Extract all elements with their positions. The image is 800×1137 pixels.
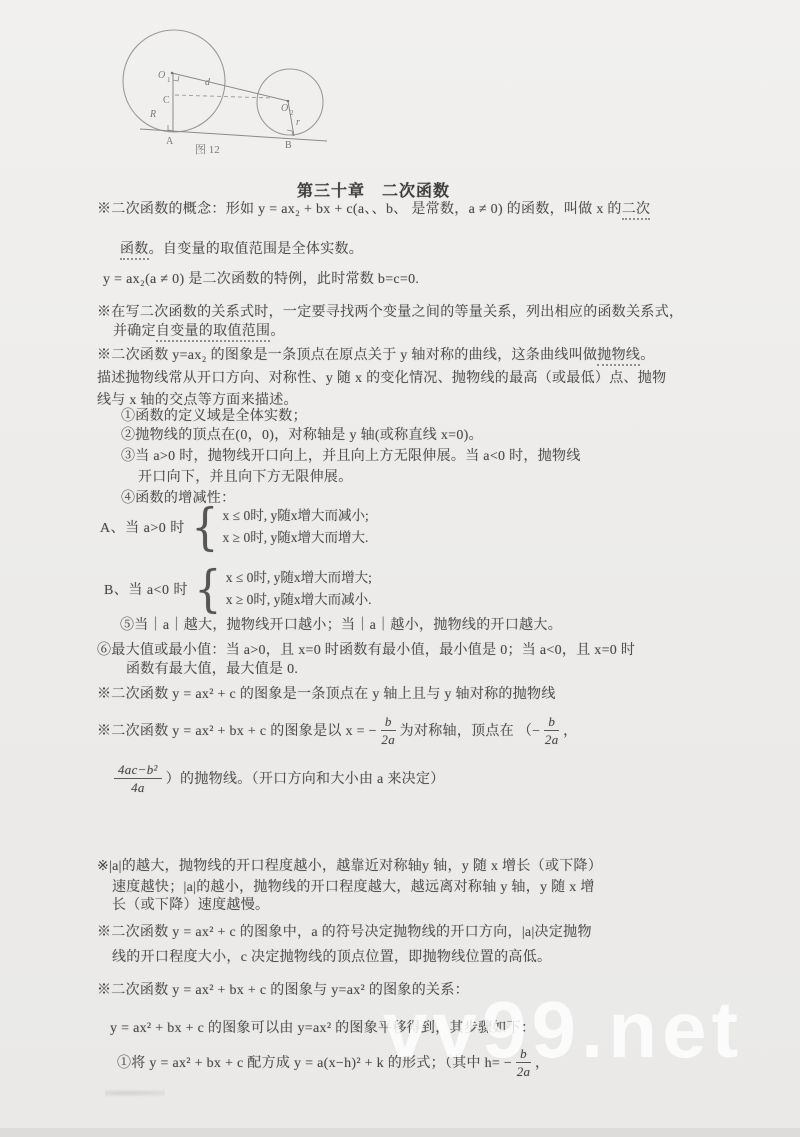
para-concept-line2: 函数。自变量的取值范围是全体实数。 xyxy=(120,240,363,260)
text: ）的抛物线。（开口方向和大小由 a 来决定） xyxy=(166,768,445,788)
fraction-numerator: b xyxy=(544,714,559,731)
label-o1: O xyxy=(158,70,165,81)
fraction-4ac-b2-over-4a: 4ac−b² 4a xyxy=(114,762,162,795)
para-sign-of-a-line1: ※二次函数 y = ax² + c 的图象中，a 的符号决定抛物线的开口方向，|… xyxy=(97,923,592,943)
para-vertex-formula-line2: 4ac−b² 4a ）的抛物线。（开口方向和大小由 a 来决定） xyxy=(110,758,445,798)
para-abs-a-effect-line1: ※|a|的越大，抛物线的开口程度越小，越靠近对称轴y 轴，y 随 x 增长（或下… xyxy=(97,857,602,877)
two-circles-figure: O 1 C R d A O 2 r B 图 12 xyxy=(95,25,385,165)
label-b: B xyxy=(285,140,292,151)
item-6-extrema-line1: ⑥最大值或最小值：当 a>0，且 x=0 时函数有最小值，最小值是 0；当 a<… xyxy=(97,641,635,661)
para-describe-line1: 描述抛物线常从开口方向、对称性、y 随 x 的变化情况、抛物线的最高（或最低）点… xyxy=(97,369,666,389)
para-sign-of-a-line2: 线的开口程度大小，c 决定抛物线的顶点位置，即抛物线位置的高低。 xyxy=(112,948,551,968)
item-3-opening-line1: ③当 a>0 时，抛物线开口向上，并且向上方无限伸展。当 a<0 时，抛物线 xyxy=(121,447,581,467)
text: 并确定 xyxy=(113,324,156,339)
center-line-o1-o2 xyxy=(172,73,288,101)
emphasized-text: 抛物线 xyxy=(597,348,640,366)
text: ※二次函数 y=ax₂ 的图象是一条顶点在原点关于 y 轴对称的曲线，这条曲线叫… xyxy=(97,348,597,363)
para-abs-a-effect-line2: 速度越快；|a|的越小，抛物线的开口程度越大，越远离对称轴 y 轴，y 随 x … xyxy=(112,878,595,898)
item-3-opening-line2: 开口向下，并且向下方无限伸展。 xyxy=(138,468,353,488)
item-6-extrema-line2: 函数有最大值，最大值是 0. xyxy=(126,660,298,680)
text: ， xyxy=(563,720,577,740)
label-a: A xyxy=(166,136,174,147)
para-parabola-line1: ※二次函数 y=ax₂ 的图象是一条顶点在原点关于 y 轴对称的曲线，这条曲线叫… xyxy=(97,346,655,366)
text: ①将 y = ax² + bx + c 配方成 y = a(x−h)² + k … xyxy=(117,1052,512,1072)
point-o2 xyxy=(287,100,290,103)
para-concept-line1: ※二次函数的概念：形如 y = ax₂ + bx + c(a、、b、 是常数，a… xyxy=(97,200,650,220)
concept-text: ※二次函数的概念：形如 y = ax₂ + bx + c(a、、b、 是常数，a… xyxy=(97,202,622,217)
fraction-b-over-2a: b 2a xyxy=(544,714,559,747)
label-o2: O xyxy=(281,103,288,114)
label-o1-sub: 1 xyxy=(167,76,171,84)
text: ， xyxy=(535,1052,549,1072)
label-o2-sub: 2 xyxy=(290,109,294,117)
case-b-row1: x ≤ 0时, y随x增大而增大; xyxy=(226,567,372,589)
fraction-denominator: 2a xyxy=(545,731,559,747)
scan-smudge xyxy=(105,1088,165,1098)
figure-caption: 图 12 xyxy=(195,143,220,156)
point-o1 xyxy=(171,72,174,75)
case-a-label: A、当 a>0 时 xyxy=(100,517,185,537)
item-5-abs-a: ⑤当｜a｜越大，抛物线开口越小；当｜a｜越小，抛物线的开口越大。 xyxy=(120,616,562,636)
case-b-label: B、当 a<0 时 xyxy=(104,579,188,599)
step-1-complete-square: ①将 y = ax² + bx + c 配方成 y = a(x−h)² + k … xyxy=(117,1042,549,1082)
scanned-document-page: O 1 C R d A O 2 r B 图 12 第三十章 二次函数 ※二次函数… xyxy=(0,0,800,1137)
case-b-group: B、当 a<0 时 { x ≤ 0时, y随x增大而增大; x ≥ 0时, y随… xyxy=(104,566,372,612)
para-vertex-formula-line1: ※二次函数 y = ax² + bx + c 的图象是以 x = − b 2a … xyxy=(97,710,577,750)
left-brace: { xyxy=(194,566,221,612)
label-c: C xyxy=(163,95,170,106)
case-a-row2: x ≥ 0时, y随x增大而增大. xyxy=(223,527,369,549)
small-circle xyxy=(257,69,323,135)
text: ※二次函数 y = ax² + bx + c 的图象是以 x = − xyxy=(97,720,377,740)
fraction-numerator: b xyxy=(381,714,396,731)
para-relation-line2: 并确定自变量的取值范围。 xyxy=(113,322,285,342)
fraction-b-over-2a: b 2a xyxy=(516,1046,531,1079)
para-relation-line1: ※在写二次函数的关系式时，一定要寻找两个变量之间的等量关系，列出相应的函数关系式… xyxy=(97,303,683,323)
item-1-domain: ①函数的定义域是全体实数； xyxy=(121,407,307,427)
fraction-numerator: b xyxy=(516,1046,531,1063)
emphasized-text: 函数 xyxy=(120,242,149,260)
fraction-b-over-2a: b 2a xyxy=(381,714,396,747)
case-a-group: A、当 a>0 时 { x ≤ 0时, y随x增大而减小; x ≥ 0时, y随… xyxy=(100,504,369,550)
text: 。 xyxy=(640,348,654,363)
case-b-row2: x ≥ 0时, y随x增大而减小. xyxy=(226,589,372,611)
right-angle-mark-o1 xyxy=(173,76,179,81)
scan-edge-strip xyxy=(0,1128,800,1137)
fraction-numerator: 4ac−b² xyxy=(114,762,162,779)
label-small-r: r xyxy=(296,117,300,128)
text: 。 xyxy=(270,324,284,339)
emphasized-text: 二次 xyxy=(622,202,651,220)
emphasized-text: 自变量的取值范围 xyxy=(156,324,270,342)
chapter-title: 第三十章 二次函数 xyxy=(297,178,450,201)
fraction-denominator: 4a xyxy=(131,779,145,795)
para-translation-steps: y = ax² + bx + c 的图象可以由 y=ax² 的图象平移得到，其步… xyxy=(110,1019,535,1039)
item-2-vertex: ②抛物线的顶点在(0，0)，对称轴是 y 轴(或称直线 x=0)。 xyxy=(121,426,483,446)
para-special-case: y = ax₂(a ≠ 0) 是二次函数的特例，此时常数 b=c=0. xyxy=(103,270,419,290)
label-big-r: R xyxy=(149,109,156,120)
case-a-row1: x ≤ 0时, y随x增大而减小; xyxy=(223,505,369,527)
text: 为对称轴，顶点在 （− xyxy=(400,720,541,740)
concept-text: 。自变量的取值范围是全体实数。 xyxy=(149,242,364,257)
fraction-denominator: 2a xyxy=(381,731,395,747)
para-ax2-plus-c: ※二次函数 y = ax² + c 的图象是一条顶点在 y 轴上且与 y 轴对称… xyxy=(97,685,556,705)
para-abs-a-effect-line3: 长（或下降）速度越慢。 xyxy=(112,896,269,916)
para-graph-relation: ※二次函数 y = ax² + bx + c 的图象与 y=ax² 的图象的关系… xyxy=(97,981,469,1001)
fraction-denominator: 2a xyxy=(517,1063,531,1079)
left-brace: { xyxy=(191,504,218,550)
